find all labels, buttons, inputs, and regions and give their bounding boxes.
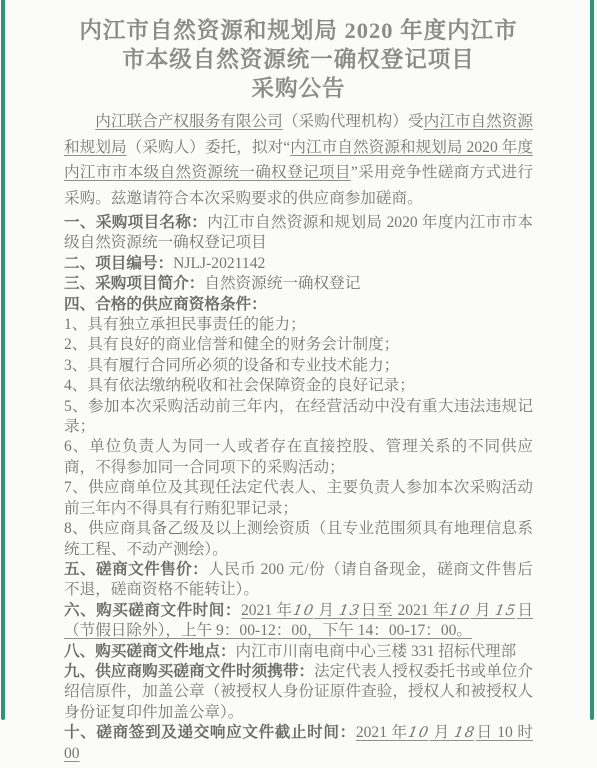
doc-item: 二、项目编号：NJLJ-2021142 (64, 254, 533, 274)
text-segment: NJLJ-2021142 (173, 255, 265, 272)
text-segment: 2、具有良好的商业信誉和健全的财务会计制度； (64, 336, 399, 353)
handwritten-date: 10 (447, 601, 472, 621)
doc-body: 内江联合产权服务有限公司（采购代理机构）受内江市自然资源和规划局（采购人）委托，… (64, 109, 533, 764)
text-segment: 2021 年 (356, 724, 408, 741)
page-title-line-1: 内江市自然资源和规划局 2020 年度内江市 (64, 16, 533, 45)
text-segment: 内江联合产权服务有限公司 (95, 113, 283, 130)
handwritten-date: 18 (453, 723, 478, 743)
handwritten-date: 13 (337, 601, 362, 621)
doc-item: 十、磋商签到及递交响应文件截止时间：2021 年10 月 18日 10 时 00 (64, 723, 533, 764)
item-label: 一、采购项目名称： (64, 214, 207, 231)
text-segment: 6、单位负责人为同一人或者存在直接控股、管理关系的不同供应商，不得参加同一合同项… (64, 438, 533, 475)
doc-item: 四、合格的供应商资格条件： (64, 295, 533, 315)
document-content: 内江市自然资源和规划局 2020 年度内江市 市本级自然资源统一确权登记项目 采… (64, 16, 533, 764)
scanned-document-page: 内江市自然资源和规划局 2020 年度内江市 市本级自然资源统一确权登记项目 采… (0, 0, 597, 768)
page-title: 内江市自然资源和规划局 2020 年度内江市 市本级自然资源统一确权登记项目 采… (64, 16, 533, 103)
text-segment: （采购人）委托，拟对“ (127, 139, 291, 156)
text-segment: 月 (471, 602, 496, 619)
text-segment: 3、具有履行合同所必须的设备和专业技术能力； (64, 357, 399, 374)
doc-item: 6、单位负责人为同一人或者存在直接控股、管理关系的不同供应商，不得参加同一合同项… (64, 437, 533, 478)
handwritten-date: 15 (494, 601, 519, 621)
doc-item: 1、具有独立承担民事责任的能力； (64, 315, 533, 335)
text-segment: 2021 年 (241, 602, 293, 619)
text-segment: 月 (429, 724, 454, 741)
text-segment: 7、供应商单位及其现任法定代表人、主要负责人参加本次采购活动前三年内不得具有行贿… (64, 479, 533, 516)
intro-paragraph: 内江联合产权服务有限公司（采购代理机构）受内江市自然资源和规划局（采购人）委托，… (64, 109, 533, 211)
item-label: 四、合格的供应商资格条件： (64, 296, 267, 313)
doc-item: 五、磋商文件售价：人民币 200 元/份（请自备现金，磋商文件售后不退，磋商资格… (64, 560, 533, 601)
doc-item: 三、采购项目简介：自然资源统一确权登记 (64, 274, 533, 294)
doc-item: 3、具有履行合同所必须的设备和专业技术能力； (64, 356, 533, 376)
doc-item: 九、供应商购买磋商文件时须携带：法定代表人授权委托书或单位介绍信原件，加盖公章（… (64, 662, 533, 723)
handwritten-date: 10 (406, 723, 431, 743)
text-segment: 5、参加本次采购活动前三年内，在经营活动中没有重大违法违规记录； (64, 398, 533, 435)
text-segment: 内江市川南电商中心三楼 331 招标代理部 (236, 643, 517, 660)
item-label: 二、项目编号： (64, 255, 173, 272)
item-label: 三、采购项目简介： (64, 275, 204, 292)
page-title-line-3: 采购公告 (64, 74, 533, 103)
doc-item: 一、采购项目名称：内江市自然资源和规划局 2020 年度内江市市本级自然资源统一… (64, 213, 533, 254)
item-label: 十、磋商签到及递交响应文件截止时间： (64, 724, 356, 741)
item-label: 八、购买磋商文件地点： (64, 643, 236, 660)
text-segment: 8、供应商具备乙级及以上测绘资质（且专业范围须具有地理信息系统工程、不动产测绘）… (64, 520, 533, 557)
scan-edge-right (590, 0, 594, 720)
doc-item: 六、购买磋商文件时间：2021 年10 月 13日至 2021 年10 月 15… (64, 601, 533, 642)
doc-item: 八、购买磋商文件地点：内江市川南电商中心三楼 331 招标代理部 (64, 642, 533, 662)
item-label: 九、供应商购买磋商文件时须携带： (64, 663, 314, 680)
text-segment: 自然资源统一确权登记 (204, 275, 360, 292)
doc-item: 7、供应商单位及其现任法定代表人、主要负责人参加本次采购活动前三年内不得具有行贿… (64, 478, 533, 519)
doc-item: 8、供应商具备乙级及以上测绘资质（且专业范围须具有地理信息系统工程、不动产测绘）… (64, 519, 533, 560)
doc-item: 4、具有依法缴纳税收和社会保障资金的良好记录； (64, 376, 533, 396)
doc-item: 2、具有良好的商业信誉和健全的财务会计制度； (64, 335, 533, 355)
page-title-line-2: 市本级自然资源统一确权登记项目 (64, 45, 533, 74)
item-label: 六、购买磋商文件时间： (64, 602, 241, 619)
handwritten-date: 10 (291, 601, 316, 621)
text-segment: 日至 2021 年 (360, 602, 449, 619)
scan-edge-left (1, 0, 5, 720)
text-segment: 月 (314, 602, 339, 619)
text-segment: 1、具有独立承担民事责任的能力； (64, 316, 306, 333)
text-segment: （采购代理机构）受 (283, 113, 424, 130)
item-label: 五、磋商文件售价： (64, 561, 208, 578)
doc-item: 5、参加本次采购活动前三年内，在经营活动中没有重大违法违规记录； (64, 397, 533, 438)
text-segment: 4、具有依法缴纳税收和社会保障资金的良好记录； (64, 377, 415, 394)
